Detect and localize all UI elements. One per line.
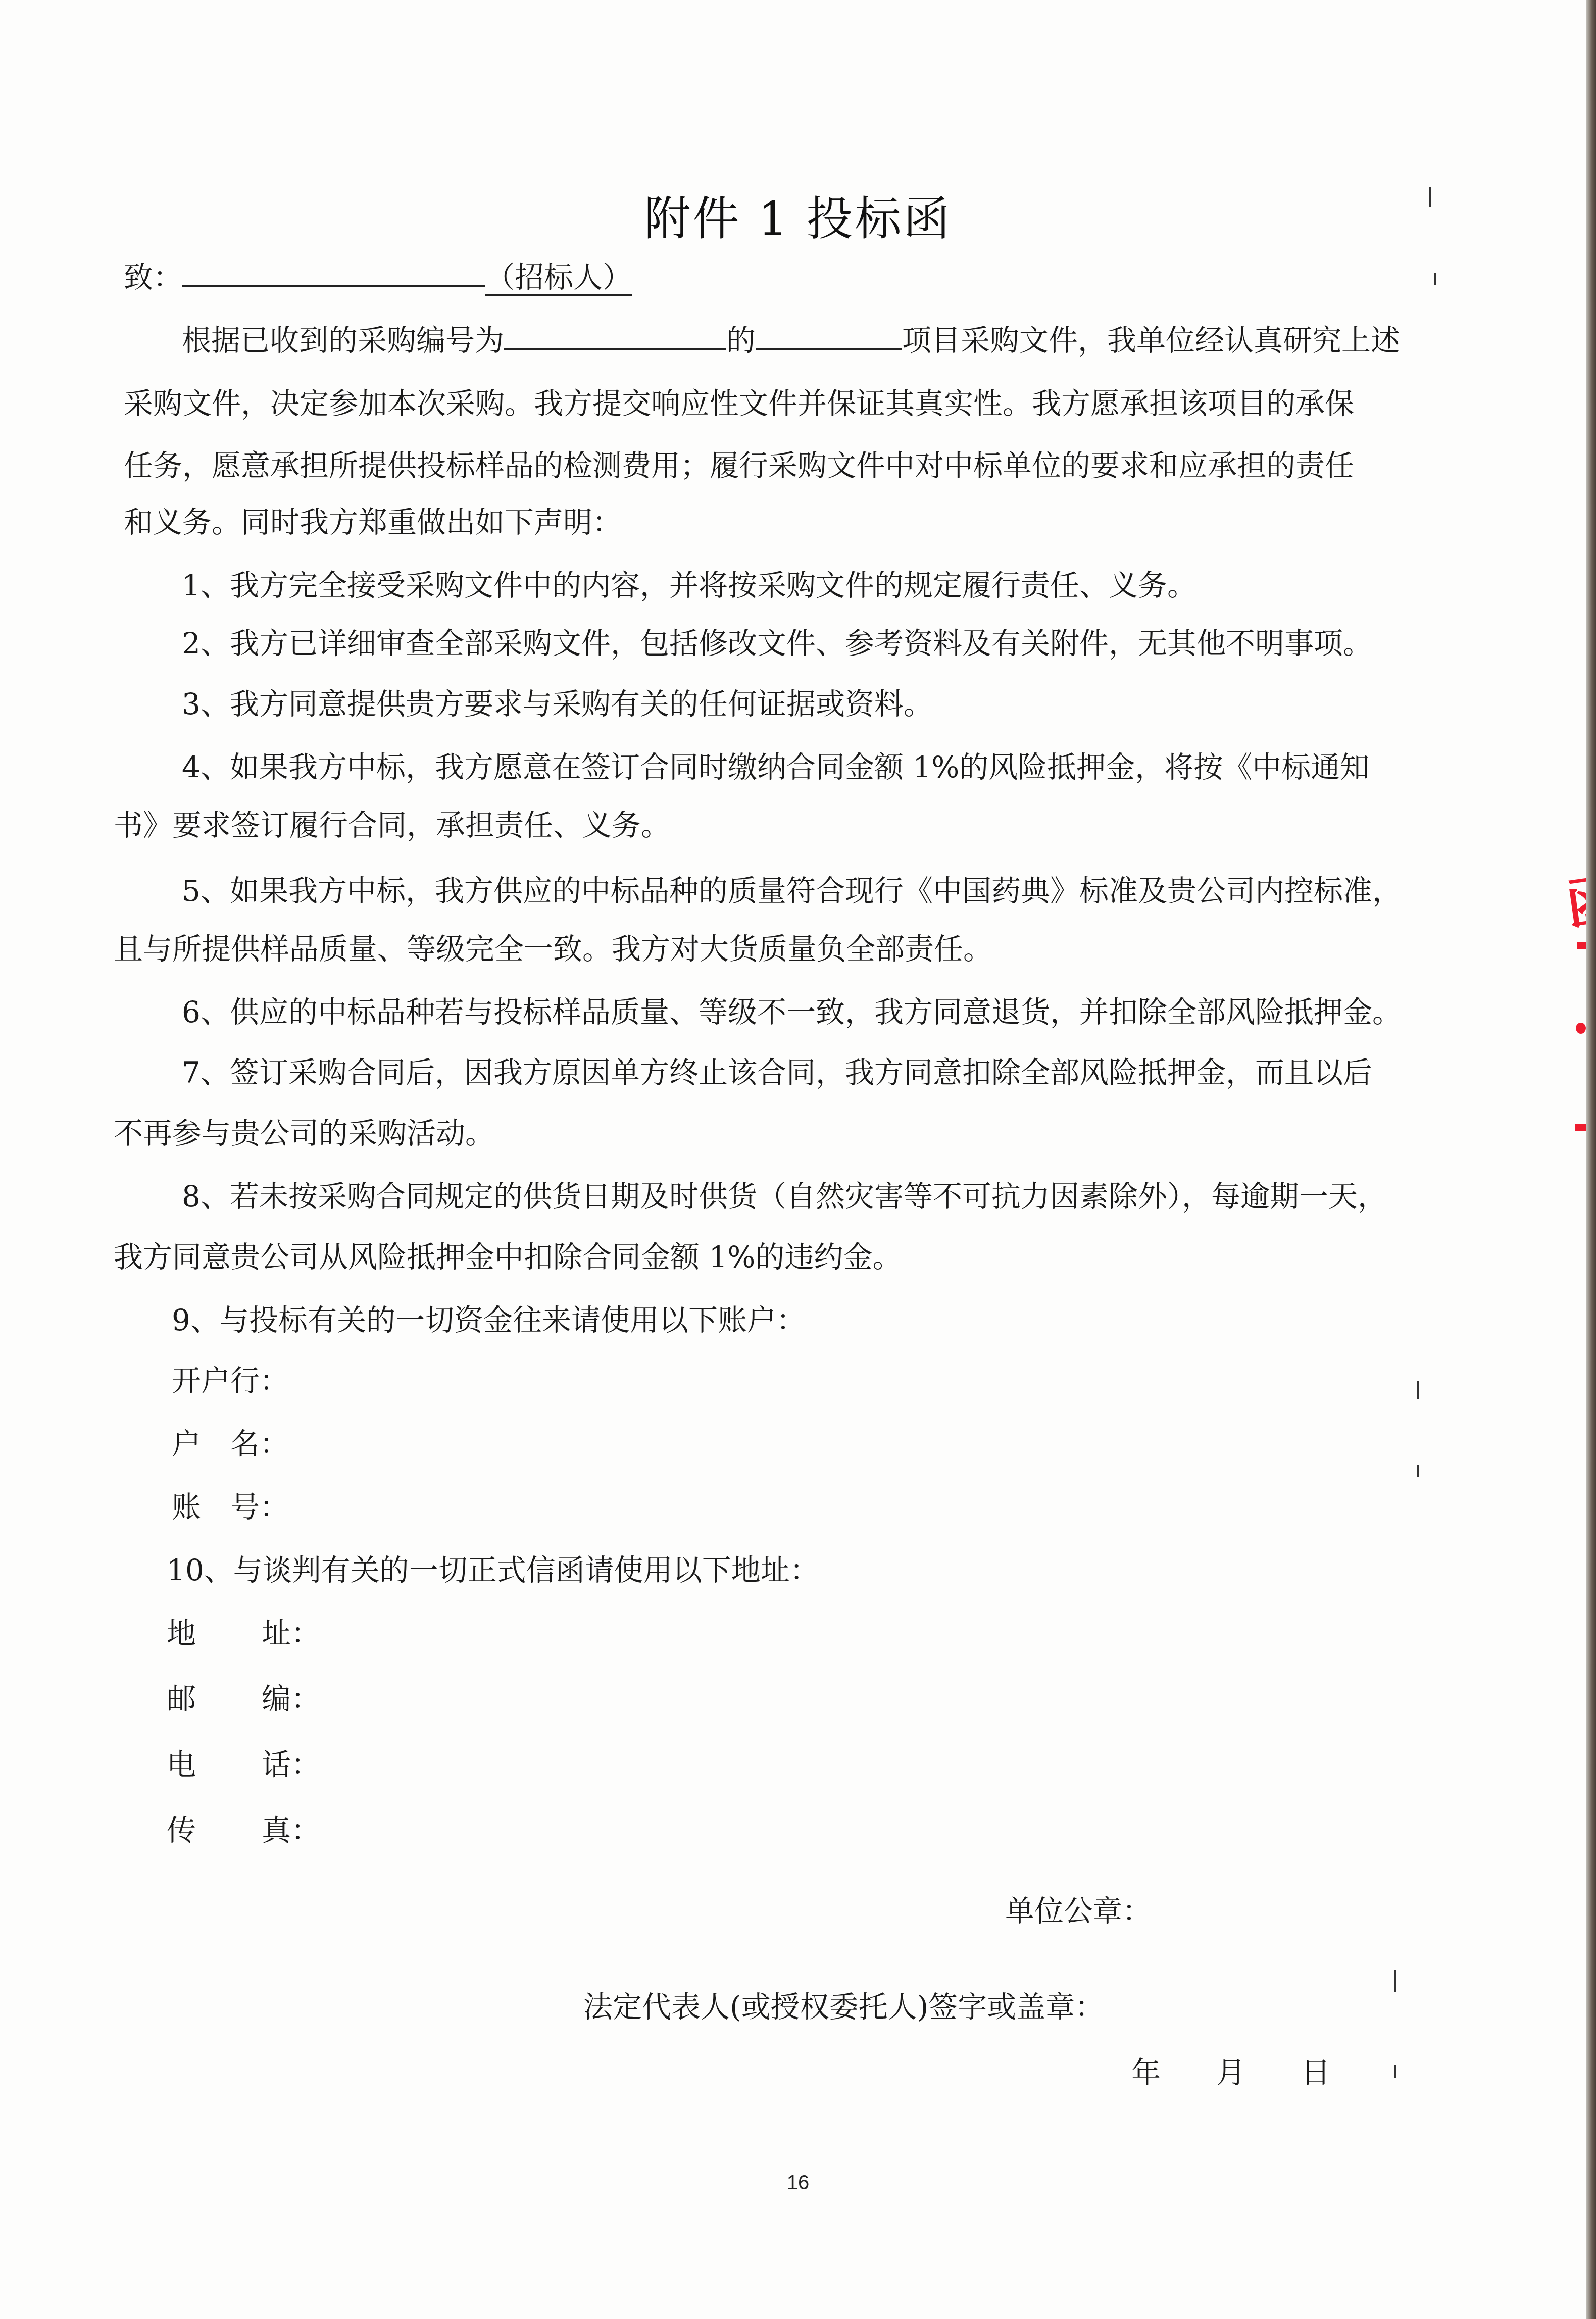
clause-10: 10、与谈判有关的一切正式信函请使用以下地址： bbox=[167, 1555, 819, 1585]
intro-line-1: 根据已收到的采购编号为的项目采购文件，我单位经认真研究上述 bbox=[182, 326, 1400, 355]
scan-mark bbox=[1429, 187, 1431, 207]
clause-7-line-1: 7、签订采购合同后，因我方原因单方终止该合同，我方同意扣除全部风险抵押金，而且以… bbox=[182, 1058, 1372, 1087]
clause-9: 9、与投标有关的一切资金往来请使用以下账户： bbox=[172, 1305, 806, 1335]
date-month: 月 bbox=[1216, 2055, 1245, 2090]
contact-field-fax[interactable]: 传真： bbox=[167, 1816, 320, 1845]
company-seal-label: 单位公章： bbox=[1005, 1896, 1152, 1926]
clause-3: 3、我方同意提供贵方要求与采购有关的任何证据或资料。 bbox=[182, 689, 933, 719]
intro-line-2: 采购文件，决定参加本次采购。我方提交响应性文件并保证其真实性。我方愿承担该项目的… bbox=[124, 389, 1354, 418]
field-label: 邮 bbox=[167, 1682, 196, 1716]
bank-field-account-name[interactable]: 户 名： bbox=[172, 1429, 289, 1458]
document-page: 附件 1 投标函 致：（招标人） 根据已收到的采购编号为的项目采购文件，我单位经… bbox=[0, 0, 1586, 2319]
red-seal-stamp-mark bbox=[1576, 1023, 1586, 1034]
clause-8-line-1: 8、若未按采购合同规定的供货日期及时供货（自然灾害等不可抗力因素除外），每逾期一… bbox=[182, 1182, 1387, 1211]
document-title: 附件 1 投标函 bbox=[0, 182, 1596, 248]
scan-mark bbox=[1417, 1465, 1419, 1477]
field-label: 开户行： bbox=[172, 1364, 289, 1398]
clause-1: 1、我方完全接受采购文件中的内容，并将按采购文件的规定履行责任、义务。 bbox=[182, 571, 1196, 600]
clause-5-line-1: 5、如果我方中标，我方供应的中标品种的质量符合现行《中国药典》标准及贵公司内控标… bbox=[182, 876, 1402, 905]
project-name-blank[interactable] bbox=[756, 348, 902, 350]
page-number: 16 bbox=[0, 2172, 1596, 2194]
field-label: 传 bbox=[167, 1813, 196, 1847]
addressee-prefix: 致： bbox=[124, 260, 182, 294]
scan-mark bbox=[1434, 273, 1436, 285]
date-day: 日 bbox=[1301, 2055, 1330, 2090]
field-label: 真： bbox=[262, 1813, 320, 1847]
field-label: 账 号： bbox=[172, 1490, 289, 1524]
signature-date: 年月日 bbox=[1131, 2058, 1330, 2087]
clause-7-line-2: 不再参与贵公司的采购活动。 bbox=[114, 1119, 494, 1148]
contact-field-phone[interactable]: 电话： bbox=[167, 1750, 320, 1779]
field-label: 户 名： bbox=[172, 1427, 289, 1461]
intro-text: 根据已收到的采购编号为 bbox=[182, 323, 504, 358]
clause-2: 2、我方已详细审查全部采购文件，包括修改文件、参考资料及有关附件，无其他不明事项… bbox=[182, 629, 1372, 658]
procurement-number-blank[interactable] bbox=[504, 348, 726, 350]
field-label: 址： bbox=[262, 1616, 320, 1650]
bank-field-account-number[interactable]: 账 号： bbox=[172, 1492, 289, 1522]
intro-line-3: 任务，愿意承担所提供投标样品的检测费用；履行采购文件中对中标单位的要求和应承担的… bbox=[124, 451, 1354, 480]
scan-mark bbox=[1394, 2065, 1396, 2078]
contact-field-postcode[interactable]: 邮编： bbox=[167, 1684, 320, 1713]
addressee-line: 致：（招标人） bbox=[124, 263, 632, 292]
legal-rep-signature-label: 法定代表人(或授权委托人)签字或盖章： bbox=[583, 1992, 1104, 2022]
clause-5-line-2: 且与所提供样品质量、等级完全一致。我方对大货质量负全部责任。 bbox=[114, 934, 992, 964]
field-label: 编： bbox=[262, 1682, 320, 1716]
addressee-blank[interactable] bbox=[182, 285, 485, 287]
field-label: 地 bbox=[167, 1616, 196, 1650]
scan-mark bbox=[1394, 1970, 1396, 1992]
date-year: 年 bbox=[1131, 2055, 1161, 2090]
clause-6: 6、供应的中标品种若与投标样品质量、等级不一致，我方同意退货，并扣除全部风险抵押… bbox=[182, 997, 1402, 1027]
intro-line-4: 和义务。同时我方郑重做出如下声明： bbox=[124, 508, 622, 537]
field-label: 电 bbox=[167, 1747, 196, 1782]
contact-field-address[interactable]: 地址： bbox=[167, 1619, 320, 1648]
clause-4-line-1: 4、如果我方中标，我方愿意在签订合同时缴纳合同金额 1%的风险抵押金，将按《中标… bbox=[182, 752, 1369, 782]
clause-8-line-2: 我方同意贵公司从风险抵押金中扣除合同金额 1%的违约金。 bbox=[114, 1242, 902, 1272]
field-label: 话： bbox=[262, 1747, 320, 1782]
scan-mark bbox=[1417, 1381, 1419, 1399]
intro-text: 的 bbox=[726, 323, 756, 358]
clause-4-line-2: 书》要求签订履行合同，承担责任、义务。 bbox=[114, 811, 670, 840]
intro-text: 项目采购文件，我单位经认真研究上述 bbox=[902, 323, 1400, 358]
addressee-suffix: （招标人） bbox=[485, 260, 632, 296]
bank-field-opening-bank[interactable]: 开户行： bbox=[172, 1366, 289, 1395]
page-edge-shadow bbox=[1586, 0, 1596, 2319]
